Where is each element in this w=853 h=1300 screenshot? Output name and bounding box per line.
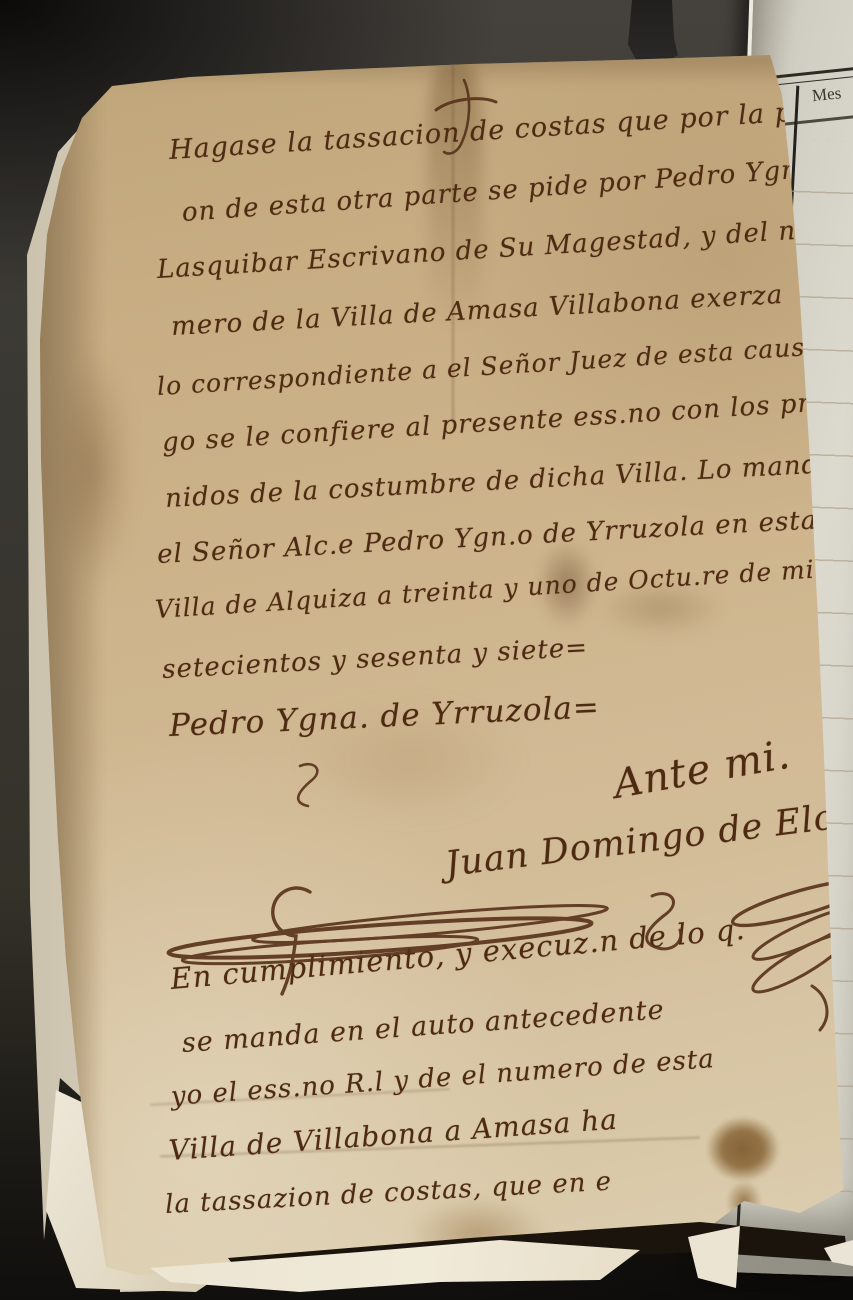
ledger-month-column-header: Mes	[811, 83, 842, 106]
book-weight-strap	[628, 0, 678, 64]
signature-flourish	[168, 764, 681, 994]
manuscript-leaf: Hagase la tassacion de costas que por la…	[0, 0, 853, 1300]
archive-photo: Mes o. Hagase la tassacion de costas que…	[0, 0, 853, 1300]
ink-flourishes	[0, 0, 853, 1300]
notarial-cross-icon	[436, 80, 496, 154]
